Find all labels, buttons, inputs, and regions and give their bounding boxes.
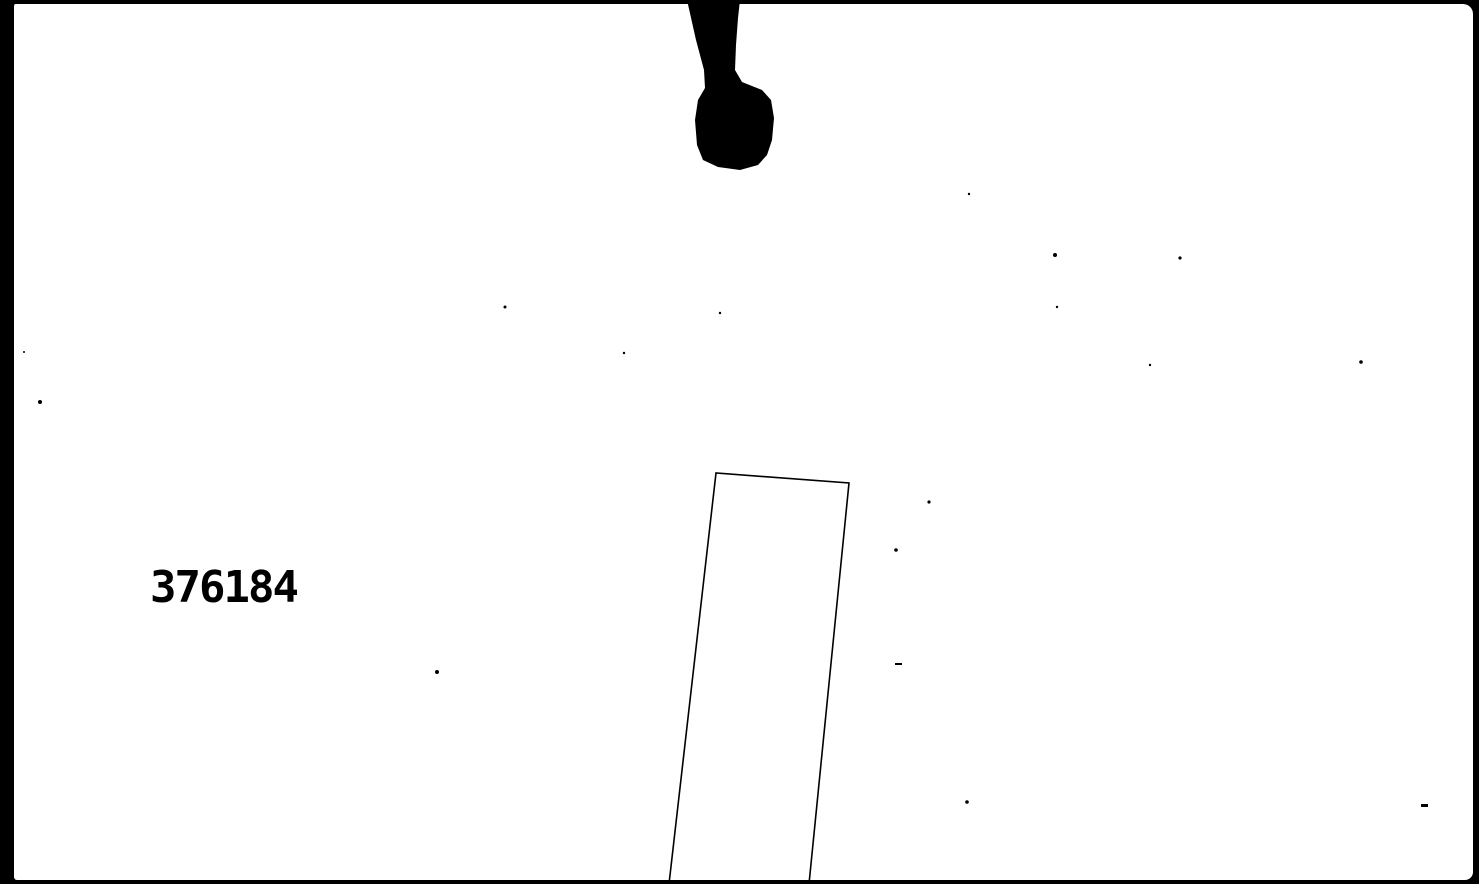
card-marks xyxy=(0,0,1479,884)
punch-hole-icon xyxy=(687,0,774,170)
scan-specks xyxy=(23,193,1428,807)
slanted-rectangle-outline xyxy=(669,473,849,884)
